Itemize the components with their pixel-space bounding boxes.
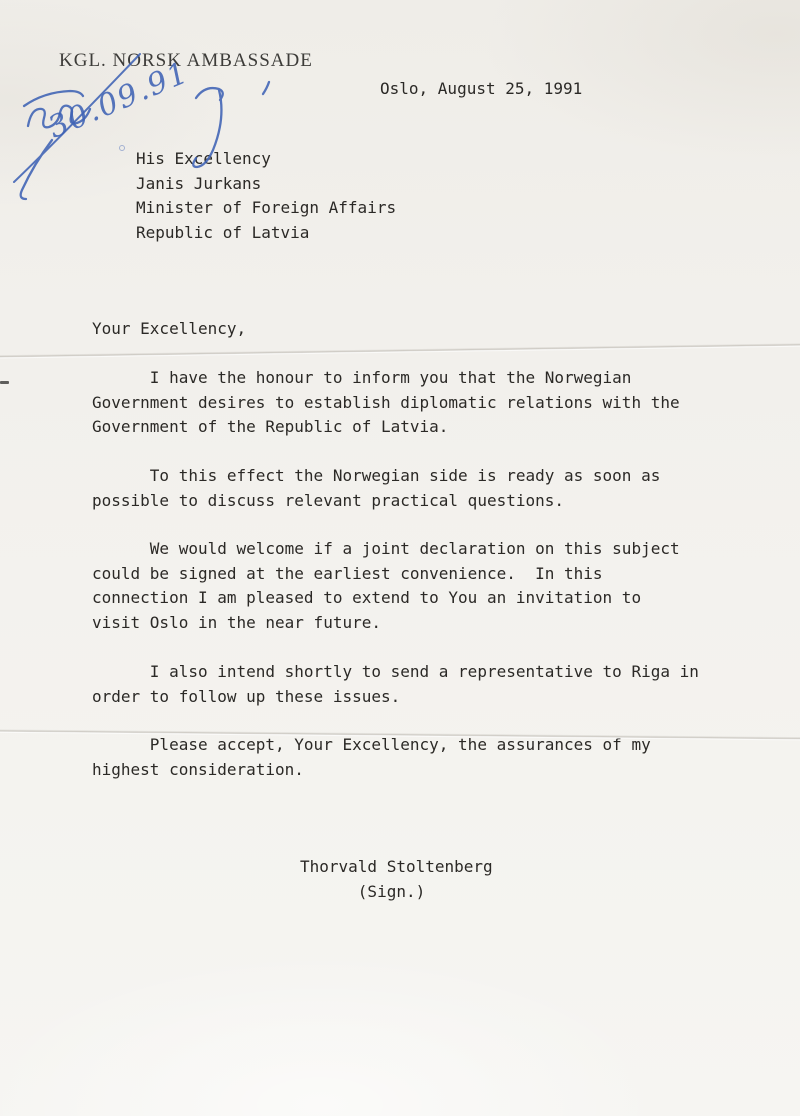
scanned-letter-page: KGL. NORSK AMBASSADE Oslo, August 25, 19… (0, 0, 800, 1116)
pen-stroke-descender (21, 140, 52, 199)
salutation: Your Excellency, (92, 317, 246, 342)
recipient-address-block: His Excellency Janis Jurkans Minister of… (136, 147, 396, 245)
paper-fold-crease-upper (0, 343, 800, 359)
pen-stroke-apostrophe (263, 82, 269, 94)
body-paragraph-1: I have the honour to inform you that the… (92, 366, 680, 440)
pen-stroke-flourish-top (196, 88, 223, 100)
pen-dot (120, 146, 125, 151)
body-paragraph-4: I also intend shortly to send a represen… (92, 660, 699, 709)
body-paragraph-5: Please accept, Your Excellency, the assu… (92, 733, 651, 782)
dateline: Oslo, August 25, 1991 (380, 77, 582, 102)
body-paragraph-3: We would welcome if a joint declaration … (92, 537, 680, 635)
signature-block: Thorvald Stoltenberg (Sign.) (300, 855, 493, 904)
scan-edge-mark (0, 381, 9, 384)
body-paragraph-2: To this effect the Norwegian side is rea… (92, 464, 660, 513)
